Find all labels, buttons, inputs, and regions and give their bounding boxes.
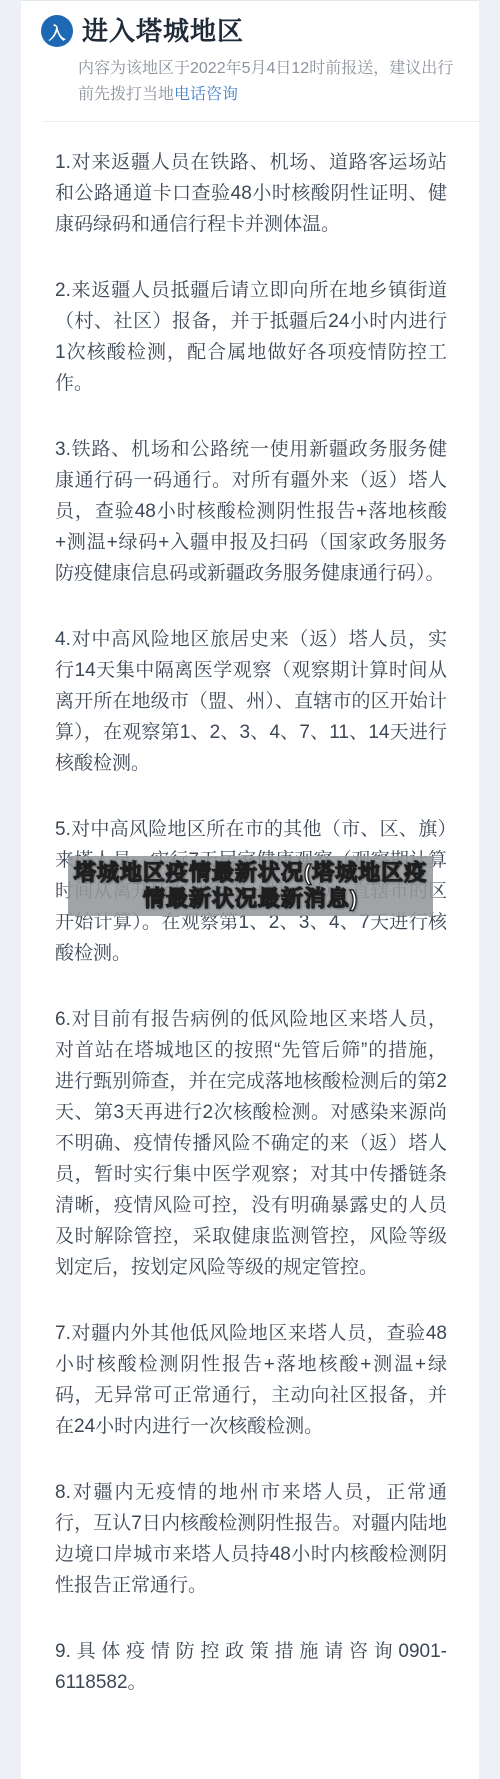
section-title: 进入塔城地区 [82, 15, 244, 47]
watermark-overlay: 塔城地区疫情最新状况(塔城地区疫情最新状况最新消息) [68, 856, 433, 916]
policy-item-3: 3.铁路、机场和公路统一使用新疆政务服务健康通行码一码通行。对所有疆外来（返）塔… [55, 434, 447, 589]
policy-item-9: 9.具体疫情防控政策措施请咨询0901-6118582。 [55, 1636, 447, 1698]
policy-item-4: 4.对中高风险地区旅居史来（返）塔人员，实行14天集中隔离医学观察（观察期计算时… [55, 624, 447, 779]
enter-icon-glyph: 入 [49, 19, 66, 44]
watermark-text: 塔城地区疫情最新状况(塔城地区疫情最新状况最新消息) [74, 860, 427, 911]
page-background: 入 进入塔城地区 内容为该地区于2022年5月4日12时前报送，建议出行前先拨打… [0, 0, 500, 1779]
report-note: 内容为该地区于2022年5月4日12时前报送，建议出行前先拨打当地电话咨询 [78, 56, 463, 108]
section-header: 入 进入塔城地区 [21, 1, 479, 47]
phone-consult-link[interactable]: 电话咨询 [174, 86, 238, 103]
report-note-text: 内容为该地区于2022年5月4日12时前报送，建议出行前先拨打当地 [78, 60, 453, 103]
policy-item-1: 1.对来返疆人员在铁路、机场、道路客运场站和公路通道卡口查验48小时核酸阴性证明… [55, 147, 447, 240]
enter-region-icon: 入 [41, 15, 73, 47]
policy-item-6: 6.对目前有报告病例的低风险地区来塔人员，对首站在塔城地区的按照“先管后筛”的措… [55, 1004, 447, 1283]
policy-item-2: 2.来返疆人员抵疆后请立即向所在地乡镇街道（村、社区）报备，并于抵疆后24小时内… [55, 275, 447, 399]
policy-item-7: 7.对疆内外其他低风险地区来塔人员，查验48小时核酸检测阴性报告+落地核酸+测温… [55, 1318, 447, 1442]
policy-item-8: 8.对疆内无疫情的地州市来塔人员，正常通行，互认7日内核酸检测阴性报告。对疆内陆… [55, 1477, 447, 1601]
